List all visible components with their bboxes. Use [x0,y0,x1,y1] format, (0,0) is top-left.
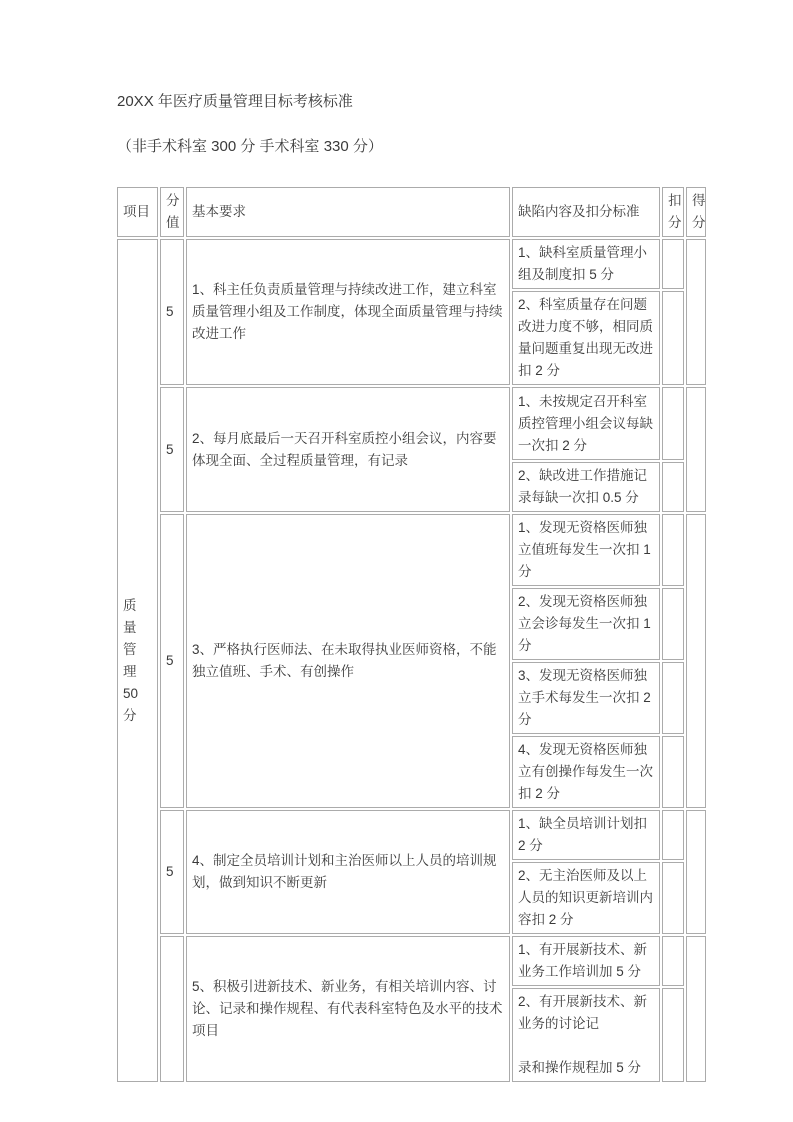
deduction-cell [662,514,684,586]
page-title: 20XX 年医疗质量管理目标考核标准 [117,90,707,111]
deduction-cell [662,462,684,512]
header-cell-requirement: 基本要求 [186,187,510,237]
document-page: 20XX 年医疗质量管理目标考核标准 （非手术科室 300 分 手术科室 330… [0,0,793,1084]
defect-cell: 1、有开展新技术、新业务工作培训加 5 分 [512,936,660,986]
defect-cell: 2、科室质量存在问题改进力度不够，相同质量问题重复出现无改进扣 2 分 [512,291,660,385]
page-subtitle: （非手术科室 300 分 手术科室 330 分） [117,135,707,156]
deduction-cell [662,662,684,734]
defect-cell: 1、缺全员培训计划扣 2 分 [512,810,660,860]
requirement-cell: 5、积极引进新技术、新业务，有相关培训内容、讨论、记录和操作规程、有代表科室特色… [186,936,510,1082]
deduction-cell [662,936,684,986]
defect-cell: 3、发现无资格医师独立手术每发生一次扣 2 分 [512,662,660,734]
defect-cell: 2、有开展新技术、新业务的讨论记 录和操作规程加 5 分 [512,988,660,1082]
category-cell: 质 量 管 理 50 分 [117,239,158,1082]
defect-cell: 2、发现无资格医师独立会诊每发生一次扣 1 分 [512,588,660,660]
deduction-cell [662,810,684,860]
requirement-cell: 3、严格执行医师法、在未取得执业医师资格，不能独立值班、手术、有创操作 [186,514,510,808]
defect-cell: 2、缺改进工作措施记录每缺一次扣 0.5 分 [512,462,660,512]
gain-cell [686,387,706,512]
requirement-cell: 1、科主任负责质量管理与持续改进工作，建立科室质量管理小组及工作制度，体现全面质… [186,239,510,385]
header-cell-item: 项目 [117,187,158,237]
defect-cell: 1、缺科室质量管理小组及制度扣 5 分 [512,239,660,289]
gain-cell [686,936,706,1082]
table-row: 5 2、每月底最后一天召开科室质控小组会议，内容要体现全面、全过程质量管理，有记… [117,387,706,460]
table-header-row: 项目 分值 基本要求 缺陷内容及扣分标准 扣分 得分 [117,187,706,237]
deduction-cell [662,862,684,934]
requirement-cell: 2、每月底最后一天召开科室质控小组会议，内容要体现全面、全过程质量管理，有记录 [186,387,510,512]
header-cell-defect: 缺陷内容及扣分标准 [512,187,660,237]
score-cell: 5 [160,239,184,385]
defect-cell: 4、发现无资格医师独立有创操作每发生一次扣 2 分 [512,736,660,808]
score-cell: 5 [160,387,184,512]
score-cell [160,936,184,1082]
deduction-cell [662,736,684,808]
deduction-cell [662,387,684,460]
gain-cell [686,810,706,934]
requirement-cell: 4、制定全员培训计划和主治医师以上人员的培训规划，做到知识不断更新 [186,810,510,934]
table-row: 5 3、严格执行医师法、在未取得执业医师资格，不能独立值班、手术、有创操作 1、… [117,514,706,586]
gain-cell [686,239,706,385]
header-cell-score: 分值 [160,187,184,237]
deduction-cell [662,588,684,660]
defect-cell: 1、未按规定召开科室质控管理小组会议每缺一次扣 2 分 [512,387,660,460]
table-row: 5、积极引进新技术、新业务，有相关培训内容、讨论、记录和操作规程、有代表科室特色… [117,936,706,986]
assessment-table: 项目 分值 基本要求 缺陷内容及扣分标准 扣分 得分 质 量 管 理 50 分 … [115,185,708,1084]
header-cell-deduction: 扣分 [662,187,684,237]
defect-cell: 2、无主治医师及以上人员的知识更新培训内容扣 2 分 [512,862,660,934]
score-cell: 5 [160,810,184,934]
header-cell-gain: 得分 [686,187,706,237]
gain-cell [686,514,706,808]
table-row: 5 4、制定全员培训计划和主治医师以上人员的培训规划，做到知识不断更新 1、缺全… [117,810,706,860]
deduction-cell [662,988,684,1082]
score-cell: 5 [160,514,184,808]
deduction-cell [662,291,684,385]
deduction-cell [662,239,684,289]
table-row: 质 量 管 理 50 分 5 1、科主任负责质量管理与持续改进工作，建立科室质量… [117,239,706,289]
defect-cell: 1、发现无资格医师独立值班每发生一次扣 1 分 [512,514,660,586]
